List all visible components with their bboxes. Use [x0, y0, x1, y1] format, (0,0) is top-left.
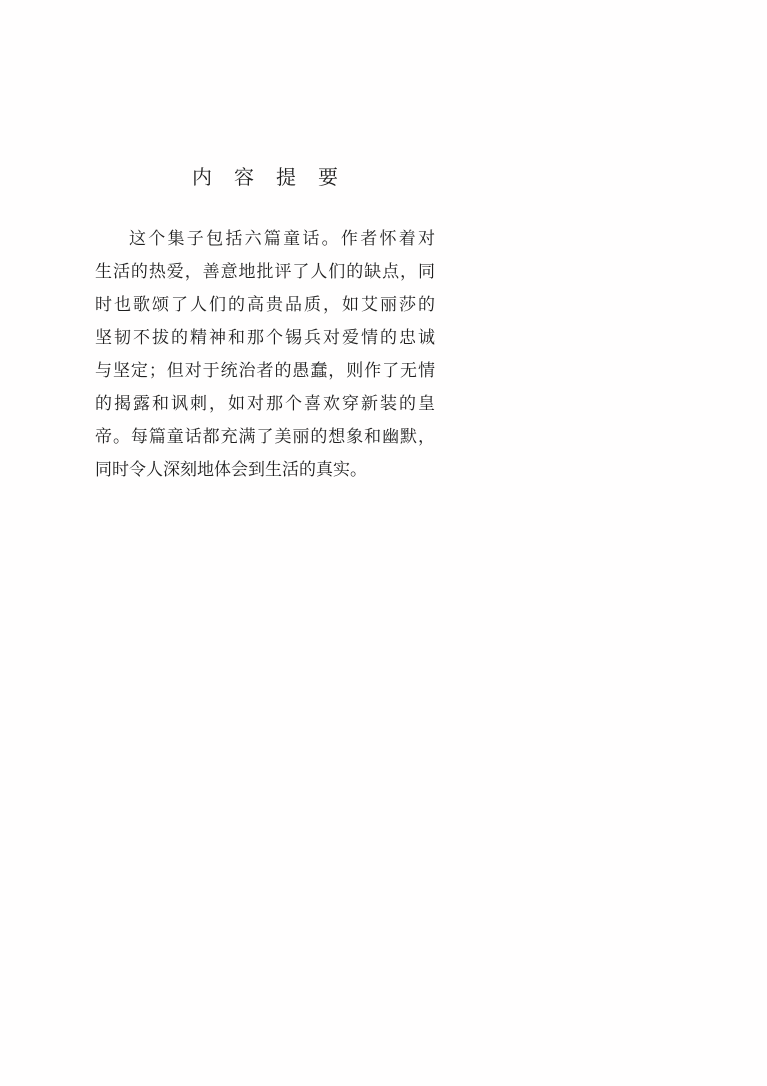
content-column: 内容提要 这个集子包括六篇童话。作者怀着对 生活的热爱，善意地批评了人们的缺点，… [95, 165, 435, 486]
paragraph-line: 与坚定；但对于统治者的愚蠢，则作了无情 [95, 354, 435, 387]
summary-paragraph: 这个集子包括六篇童话。作者怀着对 生活的热爱，善意地批评了人们的缺点，同 时也歌… [95, 222, 435, 486]
page-title: 内容提要 [95, 165, 435, 191]
paragraph-line: 这个集子包括六篇童话。作者怀着对 [95, 222, 435, 255]
paragraph-line: 的揭露和讽刺，如对那个喜欢穿新装的皇 [95, 387, 435, 420]
paragraph-line: 时也歌颂了人们的高贵品质，如艾丽莎的 [95, 288, 435, 321]
paragraph-line: 坚韧不拔的精神和那个锡兵对爱情的忠诚 [95, 321, 435, 354]
paragraph-line: 帝。每篇童话都充满了美丽的想象和幽默， [95, 420, 435, 453]
book-page: 内容提要 这个集子包括六篇童话。作者怀着对 生活的热爱，善意地批评了人们的缺点，… [0, 0, 767, 1086]
paragraph-line: 同时令人深刻地体会到生活的真实。 [95, 453, 435, 486]
paragraph-line: 生活的热爱，善意地批评了人们的缺点，同 [95, 255, 435, 288]
